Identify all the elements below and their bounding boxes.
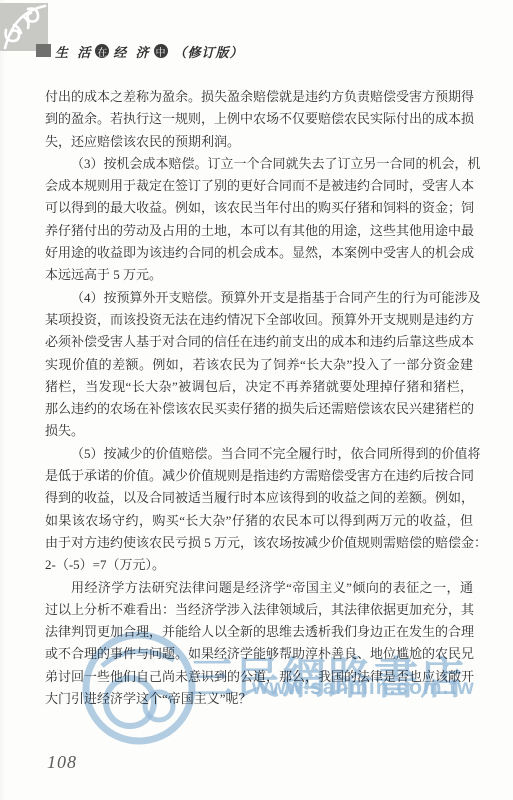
text-line: 养仔猪付出的劳动及占用的土地，本可以有其他的用途，这些其他用途中最 — [45, 220, 473, 242]
page-number: 108 — [47, 752, 77, 773]
text-line: （5）按减少的价值赔偿。当合同不完全履行时，依合同所得到的价值将 — [45, 443, 473, 465]
text-line: 大门引进经济学这个“帝国主义”呢？ — [45, 688, 473, 710]
title-bullet-square — [36, 44, 51, 57]
text-line: 付出的成本之差称为盈余。损失盈余赔偿就是违约方负责赔偿受害方预期得 — [45, 86, 473, 108]
text-line: 猪栏，当发现“长大杂”被调包后，决定不再养猪就要处理掉仔猪和猪栏， — [45, 376, 473, 398]
book-title-edition: （修订版） — [174, 42, 244, 61]
body-text: 付出的成本之差称为盈余。损失盈余赔偿就是违约方负责赔偿受害方预期得到的盈余。若执… — [45, 86, 473, 710]
text-line: 如果该农场守约，购买“长大杂”仔猪的农民本可以得到两万元的收益，但 — [45, 510, 473, 532]
text-line: 或不合理的事件与问题。如果经济学能够帮助淳朴善良、地位尴尬的农民兄 — [45, 643, 473, 665]
book-title-part2: 经 济 — [113, 42, 151, 61]
text-line: 本远远高于 5 万元。 — [45, 264, 473, 286]
text-line: 是低于承诺的价值。减少价值规则是指违约方需赔偿受害方在违约后按合同 — [45, 465, 473, 487]
text-line: 必须补偿受害人基于对合同的信任在违约前支出的成本和违约后靠这些成本 — [45, 331, 473, 353]
text-line: 损失。 — [45, 420, 473, 442]
text-line: （3）按机会成本赔偿。订立一个合同就失去了订立另一合同的机会，机 — [45, 153, 473, 175]
text-line: 由于对方违约使该农民亏损 5 万元，该农场按减少价值规则需赔偿的赔偿金： — [45, 532, 473, 554]
text-line: 可以得到的最大收益。例如，该农民当年付出的购买仔猪和饲料的资金；饲 — [45, 197, 473, 219]
text-line: 2-（-5）=7（万元）。 — [45, 554, 473, 576]
book-page: 生 活 在 经 济 中 （修订版） 付出的成本之差称为盈余。损失盈余赔偿就是违约… — [0, 0, 513, 800]
text-line: 某项投资，而该投资无法在违约情况下全部收回。预算外开支规则是违约方 — [45, 309, 473, 331]
text-line: 失，还应赔偿该农民的预期利润。 — [45, 131, 473, 153]
text-line: 得到的收益，以及合同被适当履行时本应该得到的收益之间的差额。例如， — [45, 487, 473, 509]
text-line: 用经济学方法研究法律问题是经济学“帝国主义”倾向的表征之一，通 — [45, 577, 473, 599]
book-title-part1: 生 活 — [55, 42, 93, 61]
book-title: 生 活 在 经 济 中 （修订版） — [55, 42, 244, 60]
text-line: 过以上分析不难看出：当经济学涉入法律领域后，其法律依据更加充分，其 — [45, 599, 473, 621]
text-line: 法律判罚更加合理，并能给人以全新的思维去透析我们身边正在发生的合理 — [45, 621, 473, 643]
title-circle-zhong: 中 — [154, 44, 168, 58]
title-circle-zai: 在 — [95, 44, 109, 58]
text-line: 到的盈余。若执行这一规则，上例中农场不仅要赔偿农民实际付出的成本损 — [45, 108, 473, 130]
text-line: 实现价值的差额。例如，若该农民为了饲养“长大杂”投入了一部分资金建 — [45, 354, 473, 376]
text-line: （4）按预算外开支赔偿。预算外开支是指基于合同产生的行为可能涉及 — [45, 287, 473, 309]
text-line: 那么违约的农场在补偿该农民买卖仔猪的损失后还需赔偿该农民兴建猪栏的 — [45, 398, 473, 420]
text-line: 会成本规则用于裁定在签订了别的更好合同而不是被违约合同时，受害人本 — [45, 175, 473, 197]
text-line: 弟讨回一些他们自己尚未意识到的公道，那么，我国的法律是否也应该敞开 — [45, 666, 473, 688]
text-line: 好用途的收益即为该违约合同的机会成本。显然，本案例中受害人的机会成 — [45, 242, 473, 264]
